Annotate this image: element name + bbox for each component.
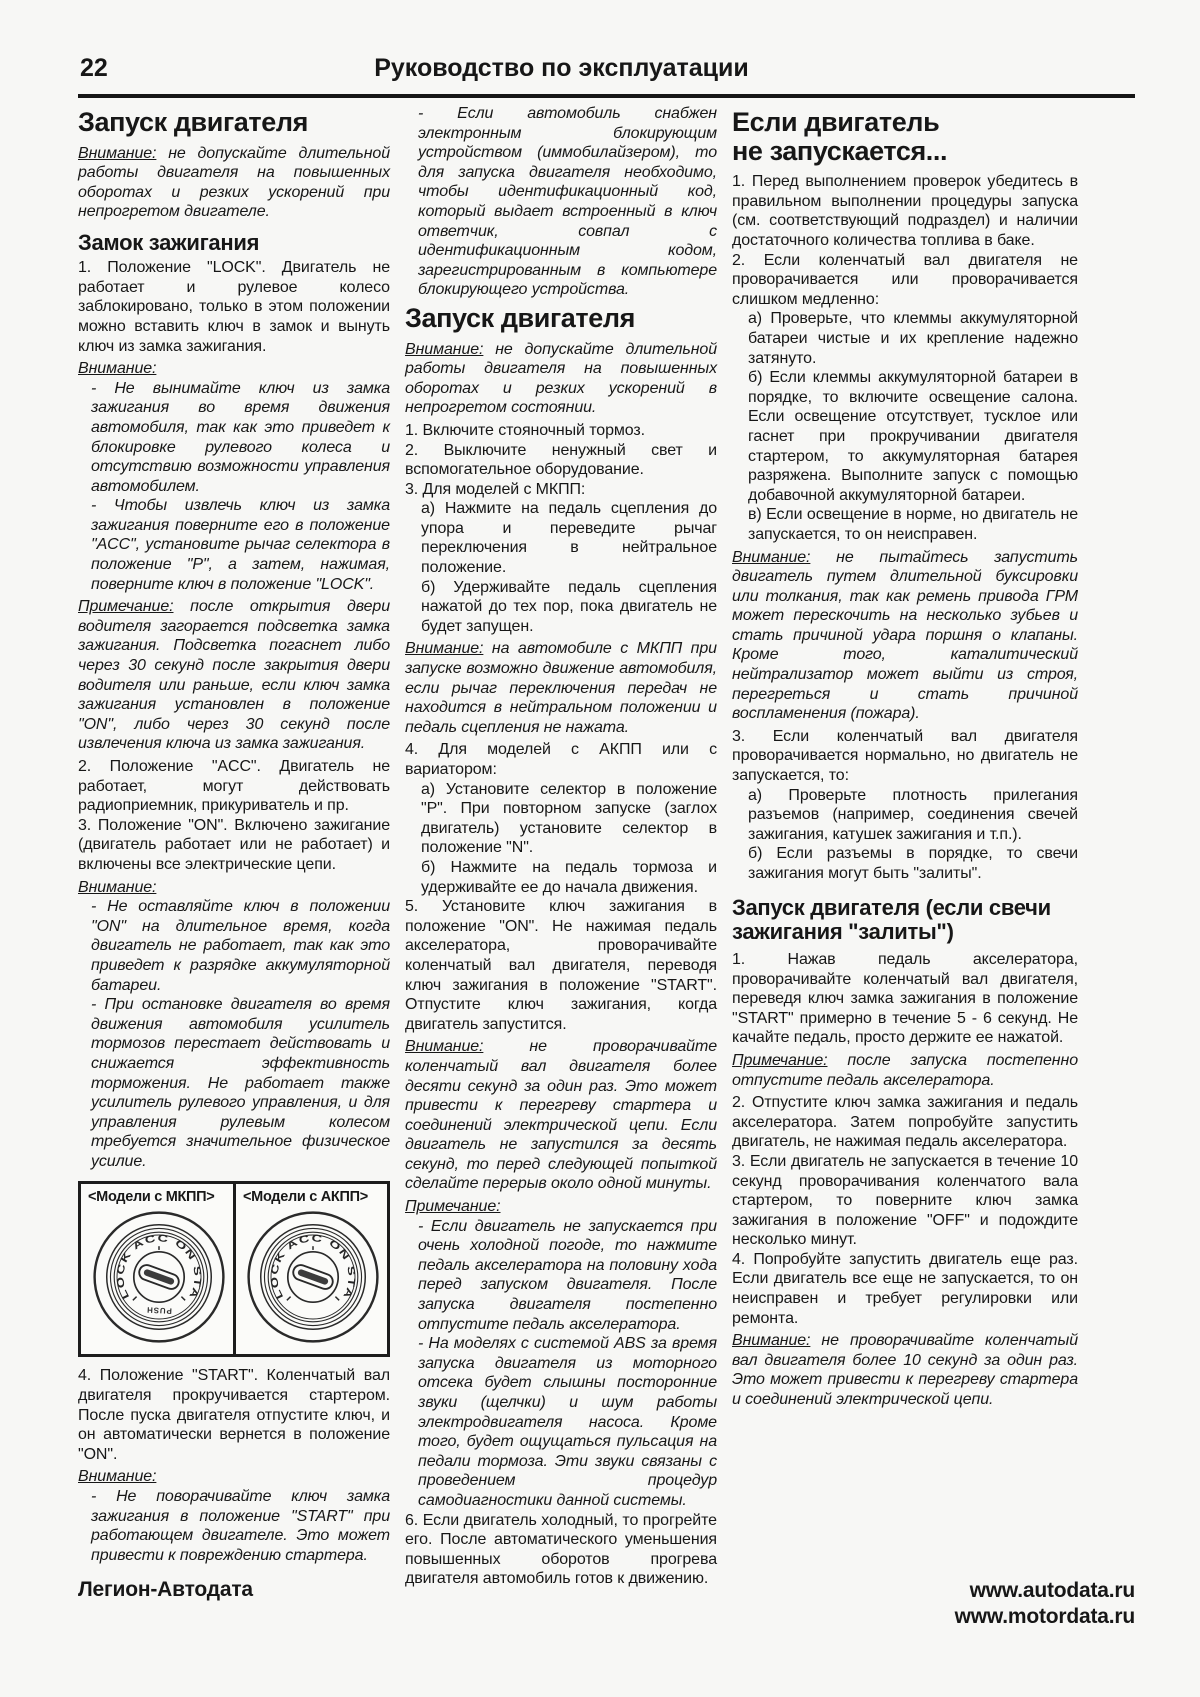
note-label: Примечание: [405,1198,501,1215]
column-right: Если двигатель не запускается...1. Перед… [732,104,1078,1413]
paragraph: - Не вынимайте ключ из замка зажигания в… [78,379,390,497]
note-label: Внимание: [732,549,810,566]
paragraph: - Если двигатель не запускается при очен… [405,1217,717,1335]
paragraph: Внимание: на автомобиле с МКПП при запус… [405,639,717,737]
paragraph: 2. Положение "ACC". Двигатель не работае… [78,757,390,816]
paragraph: 4. Положение "START". Коленчатый вал дви… [78,1366,390,1464]
paragraph: 2. Отпустите ключ замка зажигания и педа… [732,1093,1078,1152]
paragraph: Примечание: после запуска постепенно отп… [732,1051,1078,1090]
page-footer: Легион-Автодата www.autodata.ru www.moto… [78,1578,1135,1631]
paragraph: - Если автомобиль снабжен электронным бл… [405,104,717,300]
note-label-line: Внимание: [78,359,390,379]
website-autodata: www.autodata.ru [970,1578,1135,1604]
paragraph: 1. Нажав педаль акселератора, проворачив… [732,950,1078,1048]
note-label-line: Внимание: [78,878,390,898]
note-label: Внимание: [405,640,483,657]
paragraph: - Чтобы извлечь ключ из замка зажигания … [78,496,390,594]
paragraph: а) Проверьте плотность прилегания разъем… [732,786,1078,845]
website-motordata: www.motordata.ru [955,1604,1135,1630]
manual-page: 22 Руководство по эксплуатации Запуск дв… [0,0,1200,1697]
paragraph: - Не оставляйте ключ в положении "ON" на… [78,897,390,995]
page-title: Руководство по эксплуатации [78,54,1045,83]
svg-text:LOCK ACC ON START: LOCK ACC ON START [243,1207,357,1301]
paragraph: 1. Перед выполнением проверок убедитесь … [732,172,1078,250]
note-label-line: Примечание: [405,1197,717,1217]
paragraph: Примечание: после открытия двери водител… [78,597,390,754]
key-slot-icon [291,1263,335,1291]
paragraph: 3. Если двигатель не запускается в течен… [732,1152,1078,1250]
paragraph: 4. Попробуйте запустить двигатель еще ра… [732,1250,1078,1328]
mt-models-caption: <Модели с МКПП> [88,1189,229,1205]
mt-models-panel: <Модели с МКПП> [81,1184,233,1354]
paragraph: а) Установите селектор в положение "P". … [405,780,717,858]
paragraph: 1. Включите стояночный тормоз. [405,421,717,441]
column-middle: - Если автомобиль снабжен электронным бл… [405,104,717,1589]
paragraph: Внимание: не допускайте длительной работ… [78,144,390,222]
ignition-dial-mt-icon: LOCK ACC ON START PUSH [89,1207,229,1347]
dial-positions-label: LOCK ACC ON START [243,1207,357,1301]
paragraph: Внимание: не проворачивайте коленчатый в… [405,1037,717,1194]
ignition-dial-at-icon: LOCK ACC ON START [243,1207,383,1347]
at-models-caption: <Модели с АКПП> [243,1189,383,1205]
push-label: PUSH [145,1306,171,1316]
note-label: Внимание: [405,341,483,358]
ignition-switch-figure: <Модели с МКПП> [78,1181,390,1357]
paragraph: - Не поворачивайте ключ замка зажигания … [78,1487,390,1565]
note-label: Внимание: [78,879,156,896]
paragraph: - При остановке двигателя во время движе… [78,995,390,1171]
section-heading: Запуск двигателя [78,108,390,137]
paragraph: б) Если разъемы в порядке, то свечи зажи… [732,844,1078,883]
publisher-name: Легион-Автодата [78,1578,253,1602]
section-heading: Запуск двигателя [405,304,717,333]
paragraph: а) Проверьте, что клеммы аккумуляторной … [732,309,1078,368]
paragraph: в) Если освещение в норме, но двигатель … [732,505,1078,544]
paragraph: б) Удерживайте педаль сцепления нажатой … [405,578,717,637]
paragraph: а) Нажмите на педаль сцепления до упора … [405,499,717,577]
paragraph: 3. Для моделей с МКПП: [405,480,717,500]
paragraph: 4. Для моделей с АКПП или с вариатором: [405,740,717,779]
paragraph: 3. Если коленчатый вал двигателя провора… [732,727,1078,786]
note-label: Примечание: [78,598,174,615]
paragraph: 2. Если коленчатый вал двигателя не пров… [732,251,1078,310]
section-heading: Если двигатель не запускается... [732,108,1078,165]
column-left: Запуск двигателяВнимание: не допускайте … [78,104,390,1565]
note-label: Внимание: [405,1038,483,1055]
dial-positions-label: LOCK ACC ON START [89,1207,203,1301]
content-columns: Запуск двигателяВнимание: не допускайте … [78,104,1078,1589]
at-models-panel: <Модели с АКПП> [233,1184,387,1354]
paragraph: 3. Положение "ON". Включено зажигание (д… [78,816,390,875]
note-label: Внимание: [78,145,156,162]
note-label: Внимание: [78,1468,156,1485]
paragraph: б) Если клеммы аккумуляторной батареи в … [732,368,1078,505]
paragraph: б) Нажмите на педаль тормоза и удерживай… [405,858,717,897]
paragraph: Внимание: не пытайтесь запустить двигате… [732,548,1078,724]
paragraph: - На моделях с системой ABS за время зап… [405,1334,717,1510]
svg-text:LOCK ACC ON START: LOCK ACC ON START [89,1207,203,1301]
section-heading: Запуск двигателя (если свечи зажигания "… [732,896,1078,944]
note-label: Внимание: [78,360,156,377]
page-header: 22 Руководство по эксплуатации [78,52,1135,98]
subsection-heading: Замок зажигания [78,231,390,255]
note-label: Внимание: [732,1332,810,1349]
note-label: Примечание: [732,1052,828,1069]
paragraph: 5. Установите ключ зажигания в положение… [405,897,717,1034]
key-slot-icon [137,1263,181,1291]
paragraph: 2. Выключите ненужный свет и вспомогател… [405,441,717,480]
paragraph: 1. Положение "LOCK". Двигатель не работа… [78,258,390,356]
paragraph: Внимание: не проворачивайте коленчатый в… [732,1331,1078,1409]
website-links: www.autodata.ru www.motordata.ru [955,1578,1135,1631]
paragraph: Внимание: не допускайте длительной работ… [405,340,717,418]
note-label-line: Внимание: [78,1467,390,1487]
